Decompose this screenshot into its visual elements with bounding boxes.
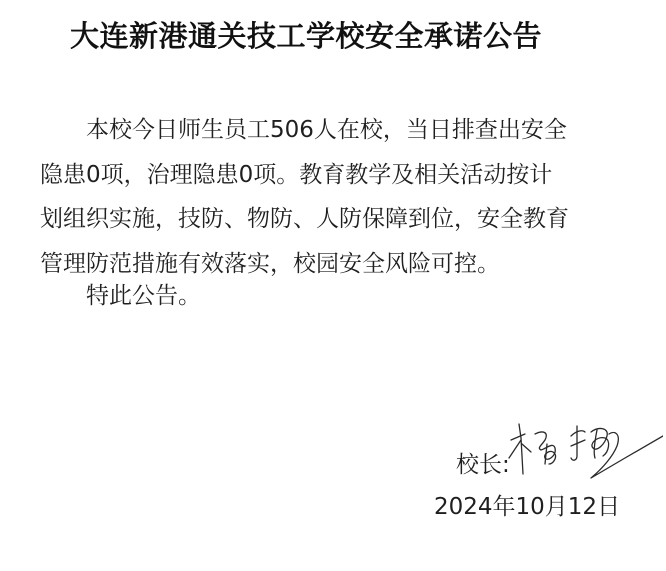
body-line-2: 隐患0项，治理隐患0项。教育教学及相关活动按计 <box>40 153 620 198</box>
notice-title: 大连新港通关技工学校安全承诺公告 <box>70 16 590 56</box>
closing-statement: 特此公告。 <box>86 276 201 316</box>
signature-icon <box>505 418 663 490</box>
body-line-3: 划组织实施，技防、物防、人防保障到位，安全教育 <box>40 197 620 242</box>
notice-date: 2024年10月12日 <box>434 487 620 527</box>
notice-body: 本校今日师生员工506人在校，当日排查出安全 隐患0项，治理隐患0项。教育教学及… <box>40 108 620 286</box>
principal-label: 校长: <box>456 445 510 485</box>
body-line-1: 本校今日师生员工506人在校，当日排查出安全 <box>40 108 620 153</box>
